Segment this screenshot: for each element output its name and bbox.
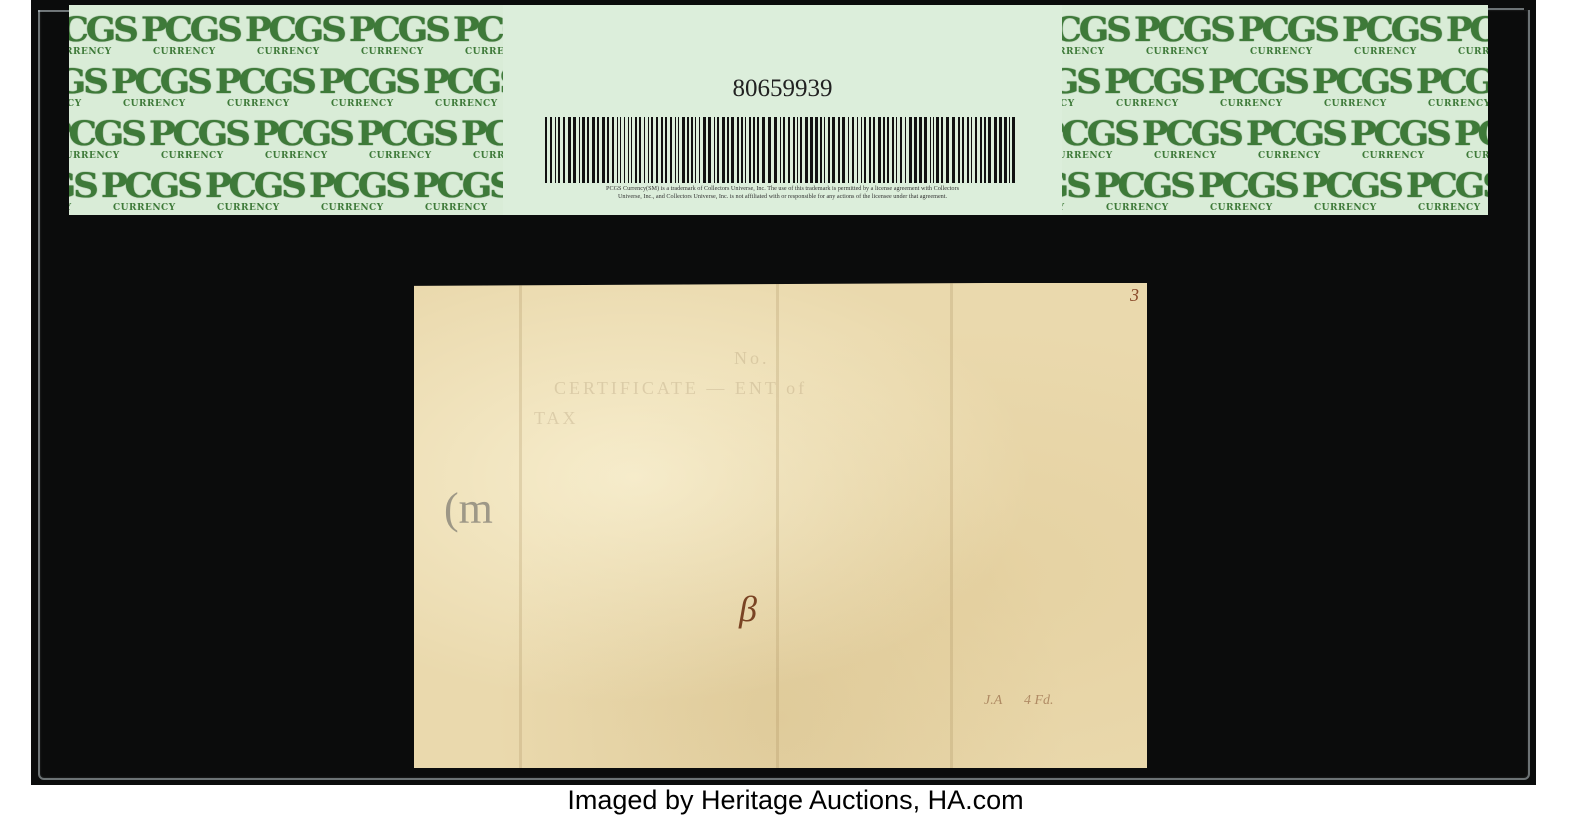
pcgs-logo-icon: PCGSCURRENCY (207, 169, 293, 215)
pattern-row: PCGSCURRENCYPCGSCURRENCYPCGSCURRENCYPCGS… (69, 169, 503, 215)
pattern-row: PCGSCURRENCYPCGSCURRENCYPCGSCURRENCYPCGS… (1062, 13, 1488, 65)
pattern-row: PCGSCURRENCYPCGSCURRENCYPCGSCURRENCYPCGS… (1062, 169, 1488, 215)
pcgs-logo-icon: PCGSCURRENCY (1136, 13, 1222, 59)
pcgs-logo-icon: PCGSCURRENCY (1344, 13, 1430, 59)
pattern-row: PCGSCURRENCYPCGSCURRENCYPCGSCURRENCYPCGS… (1062, 65, 1488, 117)
pcgs-logo-icon: PCGSCURRENCY (69, 65, 95, 111)
ink-signature-stain: β (739, 588, 757, 630)
pattern-row: PCGSCURRENCYPCGSCURRENCYPCGSCURRENCYPCGS… (1062, 117, 1488, 169)
pcgs-security-pattern-left: PCGSCURRENCYPCGSCURRENCYPCGSCURRENCYPCGS… (69, 5, 503, 215)
pcgs-logo-icon: PCGSCURRENCY (463, 117, 503, 163)
pcgs-logo-icon: PCGSCURRENCY (1062, 13, 1118, 59)
pcgs-logo-icon: PCGSCURRENCY (255, 117, 341, 163)
pcgs-logo-icon: PCGSCURRENCY (1210, 65, 1296, 111)
pcgs-logo-icon: PCGSCURRENCY (359, 117, 445, 163)
pcgs-logo-icon: PCGSCURRENCY (217, 65, 303, 111)
pcgs-logo-icon: PCGSCURRENCY (321, 65, 407, 111)
fine-print-line-1: PCGS Currency(SM) is a trademark of Coll… (513, 185, 1052, 193)
pcgs-logo-icon: PCGSCURRENCY (1314, 65, 1400, 111)
holder-plastic-edge-top-left (38, 10, 70, 12)
bottom-mark: J.A (984, 693, 1002, 709)
pcgs-logo-icon: PCGSCURRENCY (1062, 169, 1078, 215)
pcgs-logo-icon: PCGSCURRENCY (351, 13, 437, 59)
pcgs-logo-icon: PCGSCURRENCY (311, 169, 397, 215)
pattern-row: PCGSCURRENCYPCGSCURRENCYPCGSCURRENCYPCGS… (69, 65, 503, 117)
pcgs-logo-icon: PCGSCURRENCY (1200, 169, 1286, 215)
pcgs-logo-icon: PCGSCURRENCY (69, 13, 125, 59)
pcgs-logo-icon: PCGSCURRENCY (415, 169, 501, 215)
pattern-row: PCGSCURRENCYPCGSCURRENCYPCGSCURRENCYPCGS… (69, 13, 503, 65)
pcgs-logo-icon: PCGSCURRENCY (69, 169, 85, 215)
pcgs-logo-icon: PCGSCURRENCY (1240, 13, 1326, 59)
fine-print-line-2: Universe, Inc., and Collectors Universe,… (513, 193, 1052, 201)
pcgs-logo-icon: PCGSCURRENCY (1448, 13, 1488, 59)
pcgs-logo-icon: PCGSCURRENCY (113, 65, 199, 111)
pcgs-logo-icon: PCGSCURRENCY (425, 65, 503, 111)
pcgs-logo-icon: PCGSCURRENCY (1304, 169, 1390, 215)
bottom-mark: 4 Fd. (1024, 693, 1054, 709)
label-center-panel: 80659939 PCGS Currency(SM) is a trademar… (503, 5, 1062, 215)
pcgs-logo-icon: PCGSCURRENCY (1106, 65, 1192, 111)
pcgs-logo-icon: PCGSCURRENCY (1352, 117, 1438, 163)
pcgs-logo-icon: PCGSCURRENCY (1096, 169, 1182, 215)
pcgs-label: PCGSCURRENCYPCGSCURRENCYPCGSCURRENCYPCGS… (69, 5, 1488, 215)
pattern-row: PCGSCURRENCYPCGSCURRENCYPCGSCURRENCYPCGS… (69, 117, 503, 169)
pencil-mark: (m (444, 483, 493, 534)
pcgs-security-pattern-right: PCGSCURRENCYPCGSCURRENCYPCGSCURRENCYPCGS… (1062, 5, 1488, 215)
barcode (545, 117, 1019, 183)
holder-plastic-edge-top-right (1488, 8, 1524, 10)
pcgs-logo-icon: PCGSCURRENCY (69, 117, 133, 163)
pcgs-logo-icon: PCGSCURRENCY (143, 13, 229, 59)
pcgs-logo-icon: PCGSCURRENCY (151, 117, 237, 163)
pcgs-logo-icon: PCGSCURRENCY (1062, 65, 1088, 111)
pcgs-logo-icon: PCGSCURRENCY (1248, 117, 1334, 163)
pcgs-logo-icon: PCGSCURRENCY (1144, 117, 1230, 163)
banknote-back: No. CERTIFICATE — ENT of TAX 3 (m β J.A … (414, 283, 1147, 768)
cert-serial-number: 80659939 (503, 75, 1062, 103)
pcgs-logo-icon: PCGSCURRENCY (1062, 117, 1126, 163)
pcgs-logo-icon: PCGSCURRENCY (247, 13, 333, 59)
pcgs-logo-icon: PCGSCURRENCY (1418, 65, 1488, 111)
bleed-through-text: No. CERTIFICATE — ENT of TAX (514, 343, 1114, 433)
handwritten-corner-number: 3 (1130, 285, 1139, 306)
pcgs-logo-icon: PCGSCURRENCY (1456, 117, 1488, 163)
trademark-fine-print: PCGS Currency(SM) is a trademark of Coll… (513, 185, 1052, 201)
image-credit-caption: Imaged by Heritage Auctions, HA.com (0, 783, 1591, 817)
pcgs-logo-icon: PCGSCURRENCY (1408, 169, 1488, 215)
pcgs-logo-icon: PCGSCURRENCY (455, 13, 503, 59)
pcgs-logo-icon: PCGSCURRENCY (103, 169, 189, 215)
